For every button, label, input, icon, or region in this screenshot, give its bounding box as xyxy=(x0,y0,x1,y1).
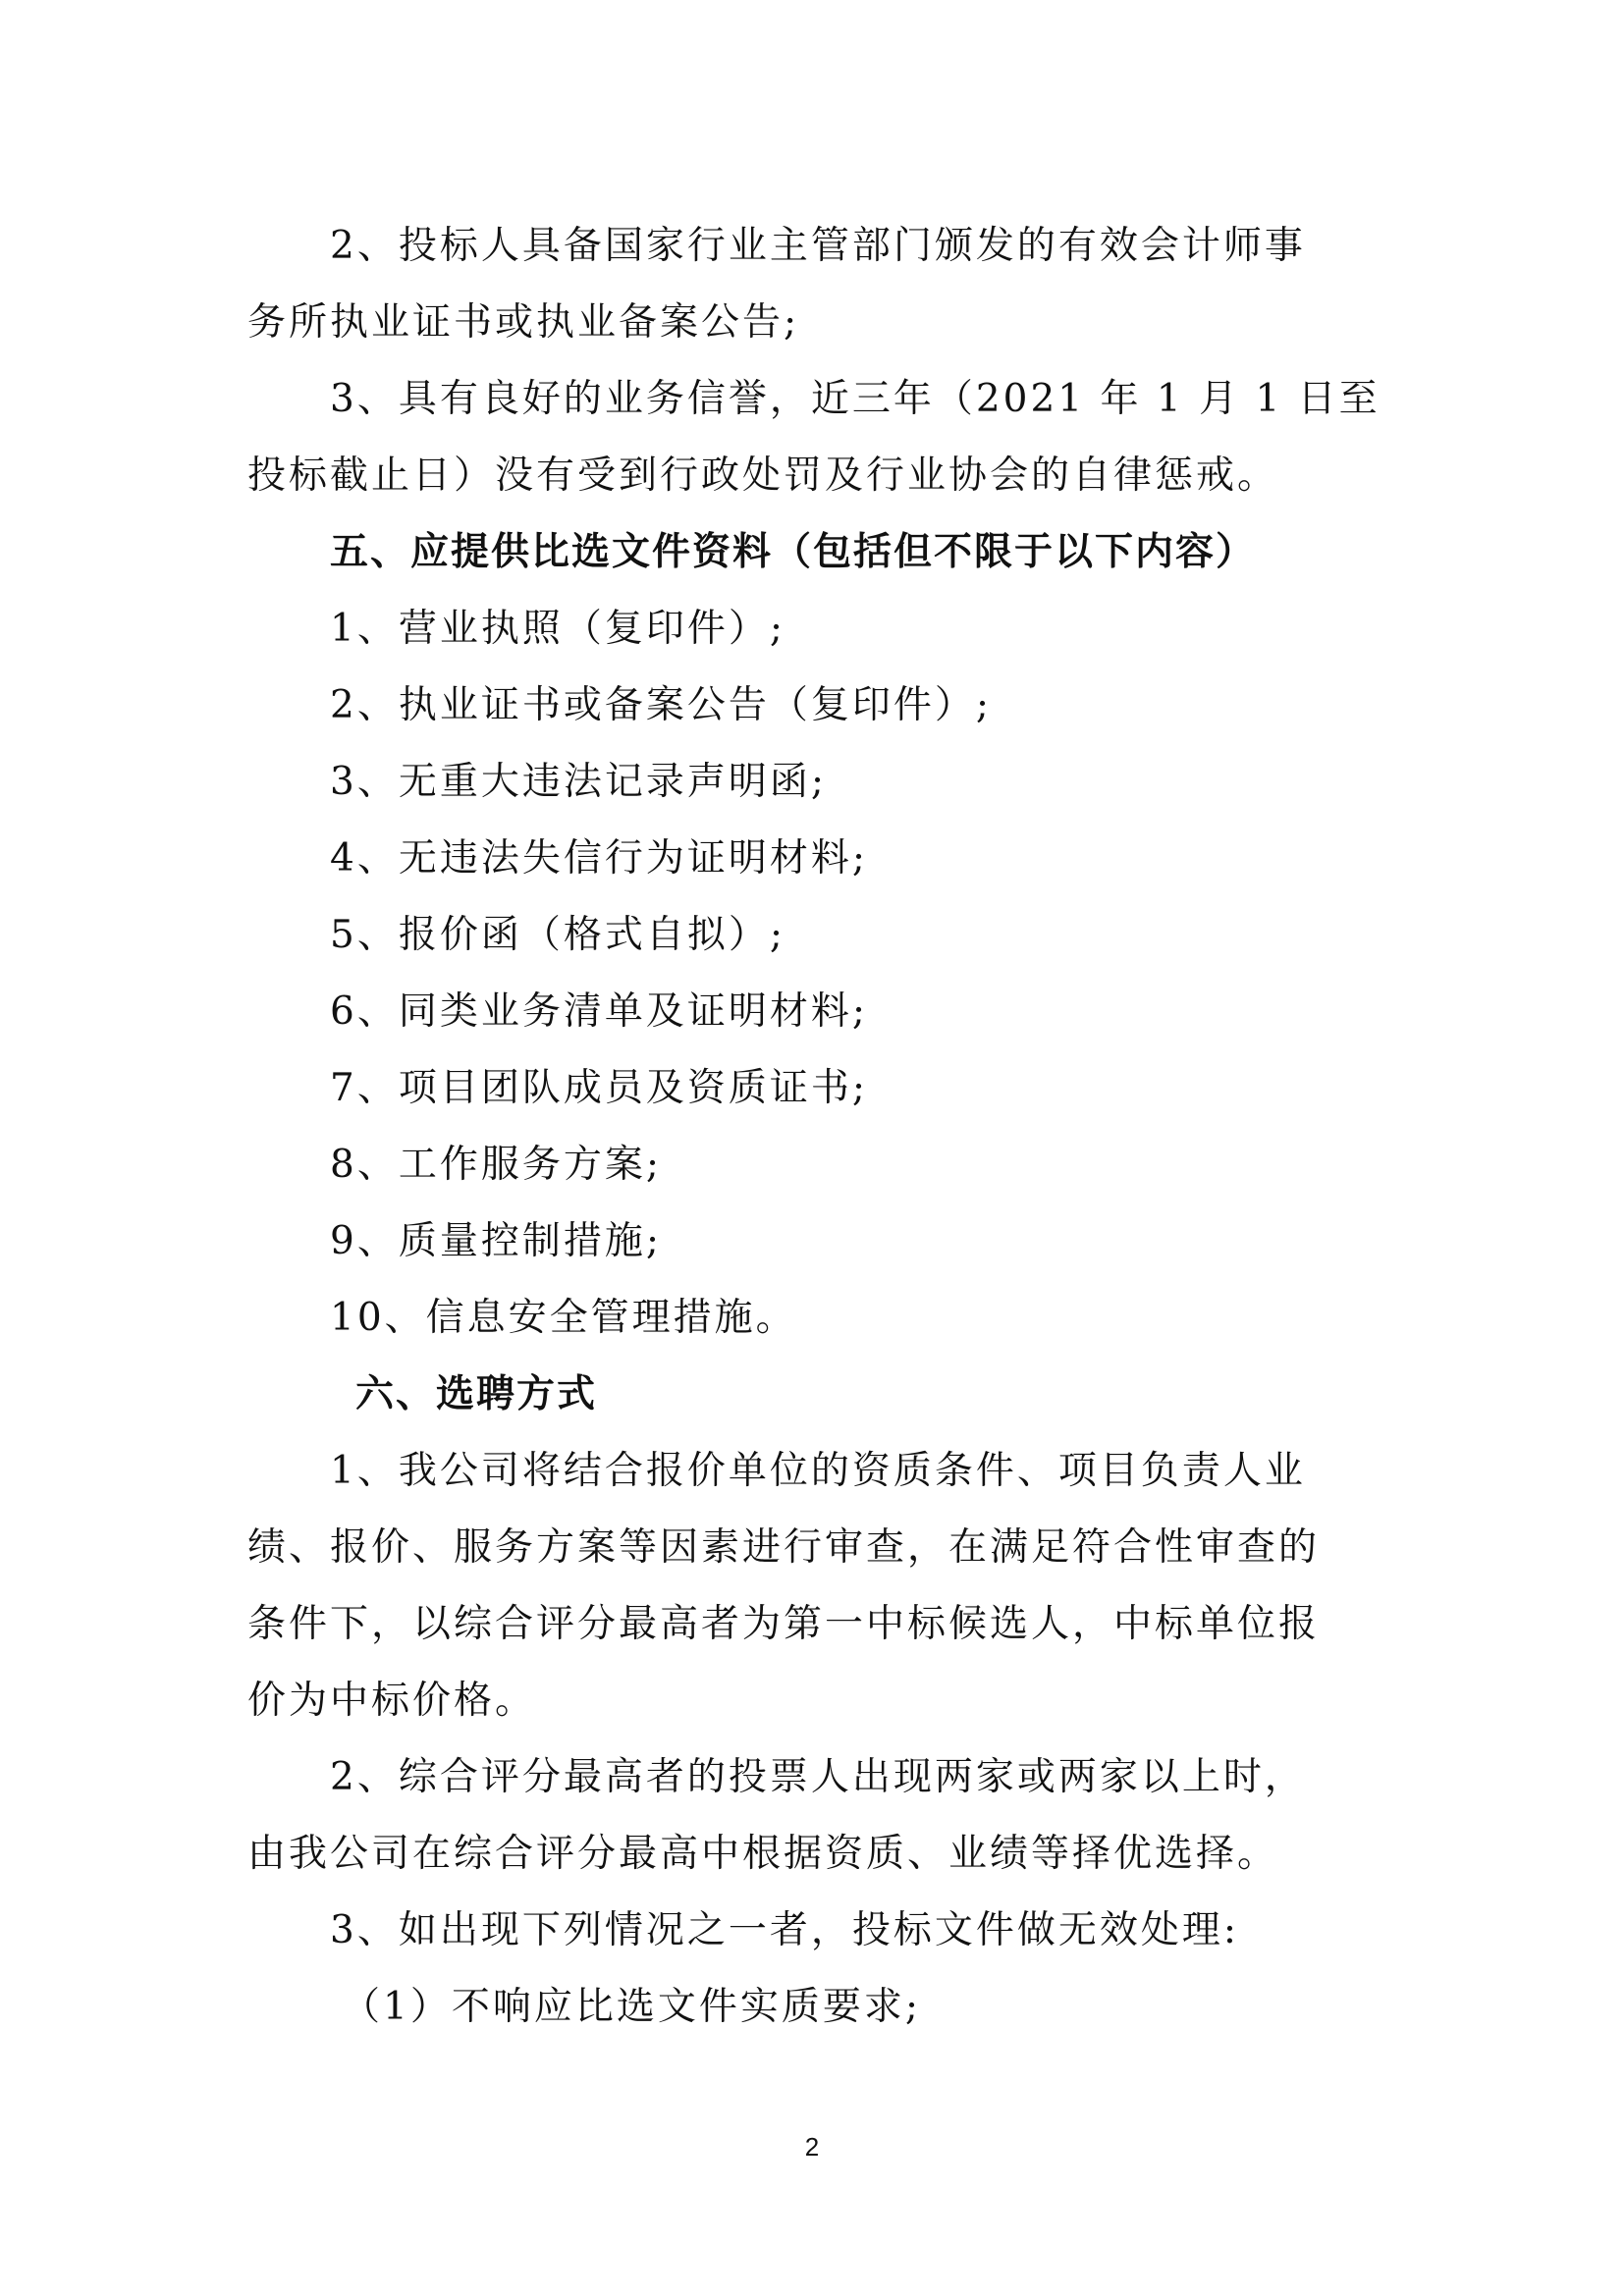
section-5-item-3: 3、无重大违法记录声明函; xyxy=(247,744,1386,821)
requirement-3-line-2: 投标截止日）没有受到行政处罚及行业协会的自律惩戒。 xyxy=(247,438,1386,514)
section-5-item-7: 7、项目团队成员及资质证书; xyxy=(247,1050,1386,1127)
section-5-heading: 五、应提供比选文件资料（包括但不限于以下内容） xyxy=(247,514,1386,591)
section-5-item-2: 2、执业证书或备案公告（复印件）; xyxy=(247,667,1386,744)
document-body: 2、投标人具备国家行业主管部门颁发的有效会计师事 务所执业证书或执业备案公告; … xyxy=(247,208,1386,2046)
section-6-para-3: 3、如出现下列情况之一者，投标文件做无效处理: xyxy=(247,1893,1386,1969)
requirement-3-line-1: 3、具有良好的业务信誉，近三年（2021 年 1 月 1 日至 xyxy=(247,361,1386,438)
section-5-item-8: 8、工作服务方案; xyxy=(247,1127,1386,1203)
section-6-para-1-line-4: 价为中标价格。 xyxy=(247,1663,1386,1739)
requirement-2-line-2: 务所执业证书或执业备案公告; xyxy=(247,285,1386,361)
page-number: 2 xyxy=(0,2132,1624,2163)
section-5-item-1: 1、营业执照（复印件）; xyxy=(247,591,1386,667)
section-6-sub-item-1: （1）不响应比选文件实质要求; xyxy=(247,1969,1386,2046)
section-6-para-1-line-1: 1、我公司将结合报价单位的资质条件、项目负责人业 xyxy=(247,1433,1386,1510)
document-page: 2、投标人具备国家行业主管部门颁发的有效会计师事 务所执业证书或执业备案公告; … xyxy=(0,0,1624,2296)
section-5-item-10: 10、信息安全管理措施。 xyxy=(247,1280,1386,1357)
section-6-para-2-line-1: 2、综合评分最高者的投票人出现两家或两家以上时， xyxy=(247,1739,1386,1816)
requirement-2-line-1: 2、投标人具备国家行业主管部门颁发的有效会计师事 xyxy=(247,208,1386,285)
section-5-item-5: 5、报价函（格式自拟）; xyxy=(247,897,1386,974)
section-5-item-9: 9、质量控制措施; xyxy=(247,1203,1386,1280)
section-6-para-2-line-2: 由我公司在综合评分最高中根据资质、业绩等择优选择。 xyxy=(247,1816,1386,1893)
section-6-para-1-line-2: 绩、报价、服务方案等因素进行审查，在满足符合性审查的 xyxy=(247,1510,1386,1586)
section-5-item-6: 6、同类业务清单及证明材料; xyxy=(247,974,1386,1050)
section-6-para-1-line-3: 条件下，以综合评分最高者为第一中标候选人，中标单位报 xyxy=(247,1586,1386,1663)
section-6-heading: 六、选聘方式 xyxy=(247,1357,1386,1433)
section-5-item-4: 4、无违法失信行为证明材料; xyxy=(247,821,1386,897)
